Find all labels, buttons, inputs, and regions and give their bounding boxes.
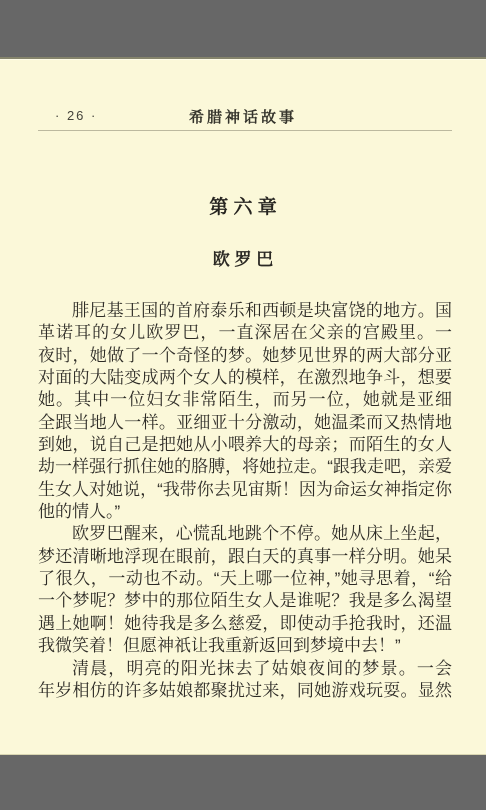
text-line: 一个梦呢？梦中的那位陌生女人是谁呢？我是多么渴望能够 xyxy=(38,590,452,612)
body-text: 腓尼基王国的首府泰乐和西顿是块富饶的地方。国王阿革诺耳的女儿欧罗巴，一直深居在父… xyxy=(38,300,452,702)
book-page: · 26 · 希腊神话故事 第 六 章 欧 罗 巴 腓尼基王国的首府泰乐和西顿是… xyxy=(0,57,486,755)
text-line: 对面的大陆变成两个女人的模样，在激烈地争斗，想要占有 xyxy=(38,367,452,389)
text-line: 生女人对她说，“我带你去见宙斯！因为命运女神指定你作为 xyxy=(38,479,452,501)
header-divider xyxy=(38,130,452,131)
text-line: 遇上她啊！她待我是多么慈爱，即使动手抢我时，还温柔地向 xyxy=(38,613,452,635)
section-title: 欧 罗 巴 xyxy=(0,245,486,270)
text-line: 清晨，明亮的阳光抹去了姑娘夜间的梦景。一会儿，和她 xyxy=(38,658,452,680)
text-line: 全跟当地人一样。亚细亚十分激动，她温柔而又热情地要求得 xyxy=(38,412,452,434)
text-line: 革诺耳的女儿欧罗巴，一直深居在父亲的宫殿里。一天，在半 xyxy=(38,322,452,344)
chapter-title: 第 六 章 xyxy=(0,192,486,219)
running-head-book-title: 希腊神话故事 xyxy=(0,106,486,127)
reader-background: · 26 · 希腊神话故事 第 六 章 欧 罗 巴 腓尼基王国的首府泰乐和西顿是… xyxy=(0,0,486,810)
text-line: 她。其中一位妇女非常陌生，而另一位，她就是亚细亚，长得完 xyxy=(38,389,452,411)
text-line: 我微笑着！但愿神祇让我重新返回到梦境中去！” xyxy=(38,635,452,657)
text-line: 欧罗巴醒来，心慌乱地跳个不停。她从床上坐起，刚才的 xyxy=(38,523,452,545)
text-line: 到她，说自己是把她从小喂养大的母亲；而陌生的女人却像抢 xyxy=(38,434,452,456)
text-line: 梦还清晰地浮现在眼前，跟白天的真事一样分明。她呆呆地坐 xyxy=(38,546,452,568)
text-line: 年岁相仿的许多姑娘都聚扰过来，同她游戏玩耍。显然她们都 xyxy=(38,680,452,702)
text-line: 他的情人。” xyxy=(38,501,452,523)
text-line: 了很久，一动也不动。“天上哪一位神，”她寻思着，“给我这样 xyxy=(38,568,452,590)
text-line: 腓尼基王国的首府泰乐和西顿是块富饶的地方。国王阿 xyxy=(38,300,452,322)
text-line: 劫一样强行抓住她的胳膊，将她拉走。“跟我走吧，亲爱的，”陌 xyxy=(38,456,452,478)
text-line: 夜时，她做了一个奇怪的梦。她梦见世界的两大部分亚细亚和 xyxy=(38,345,452,367)
